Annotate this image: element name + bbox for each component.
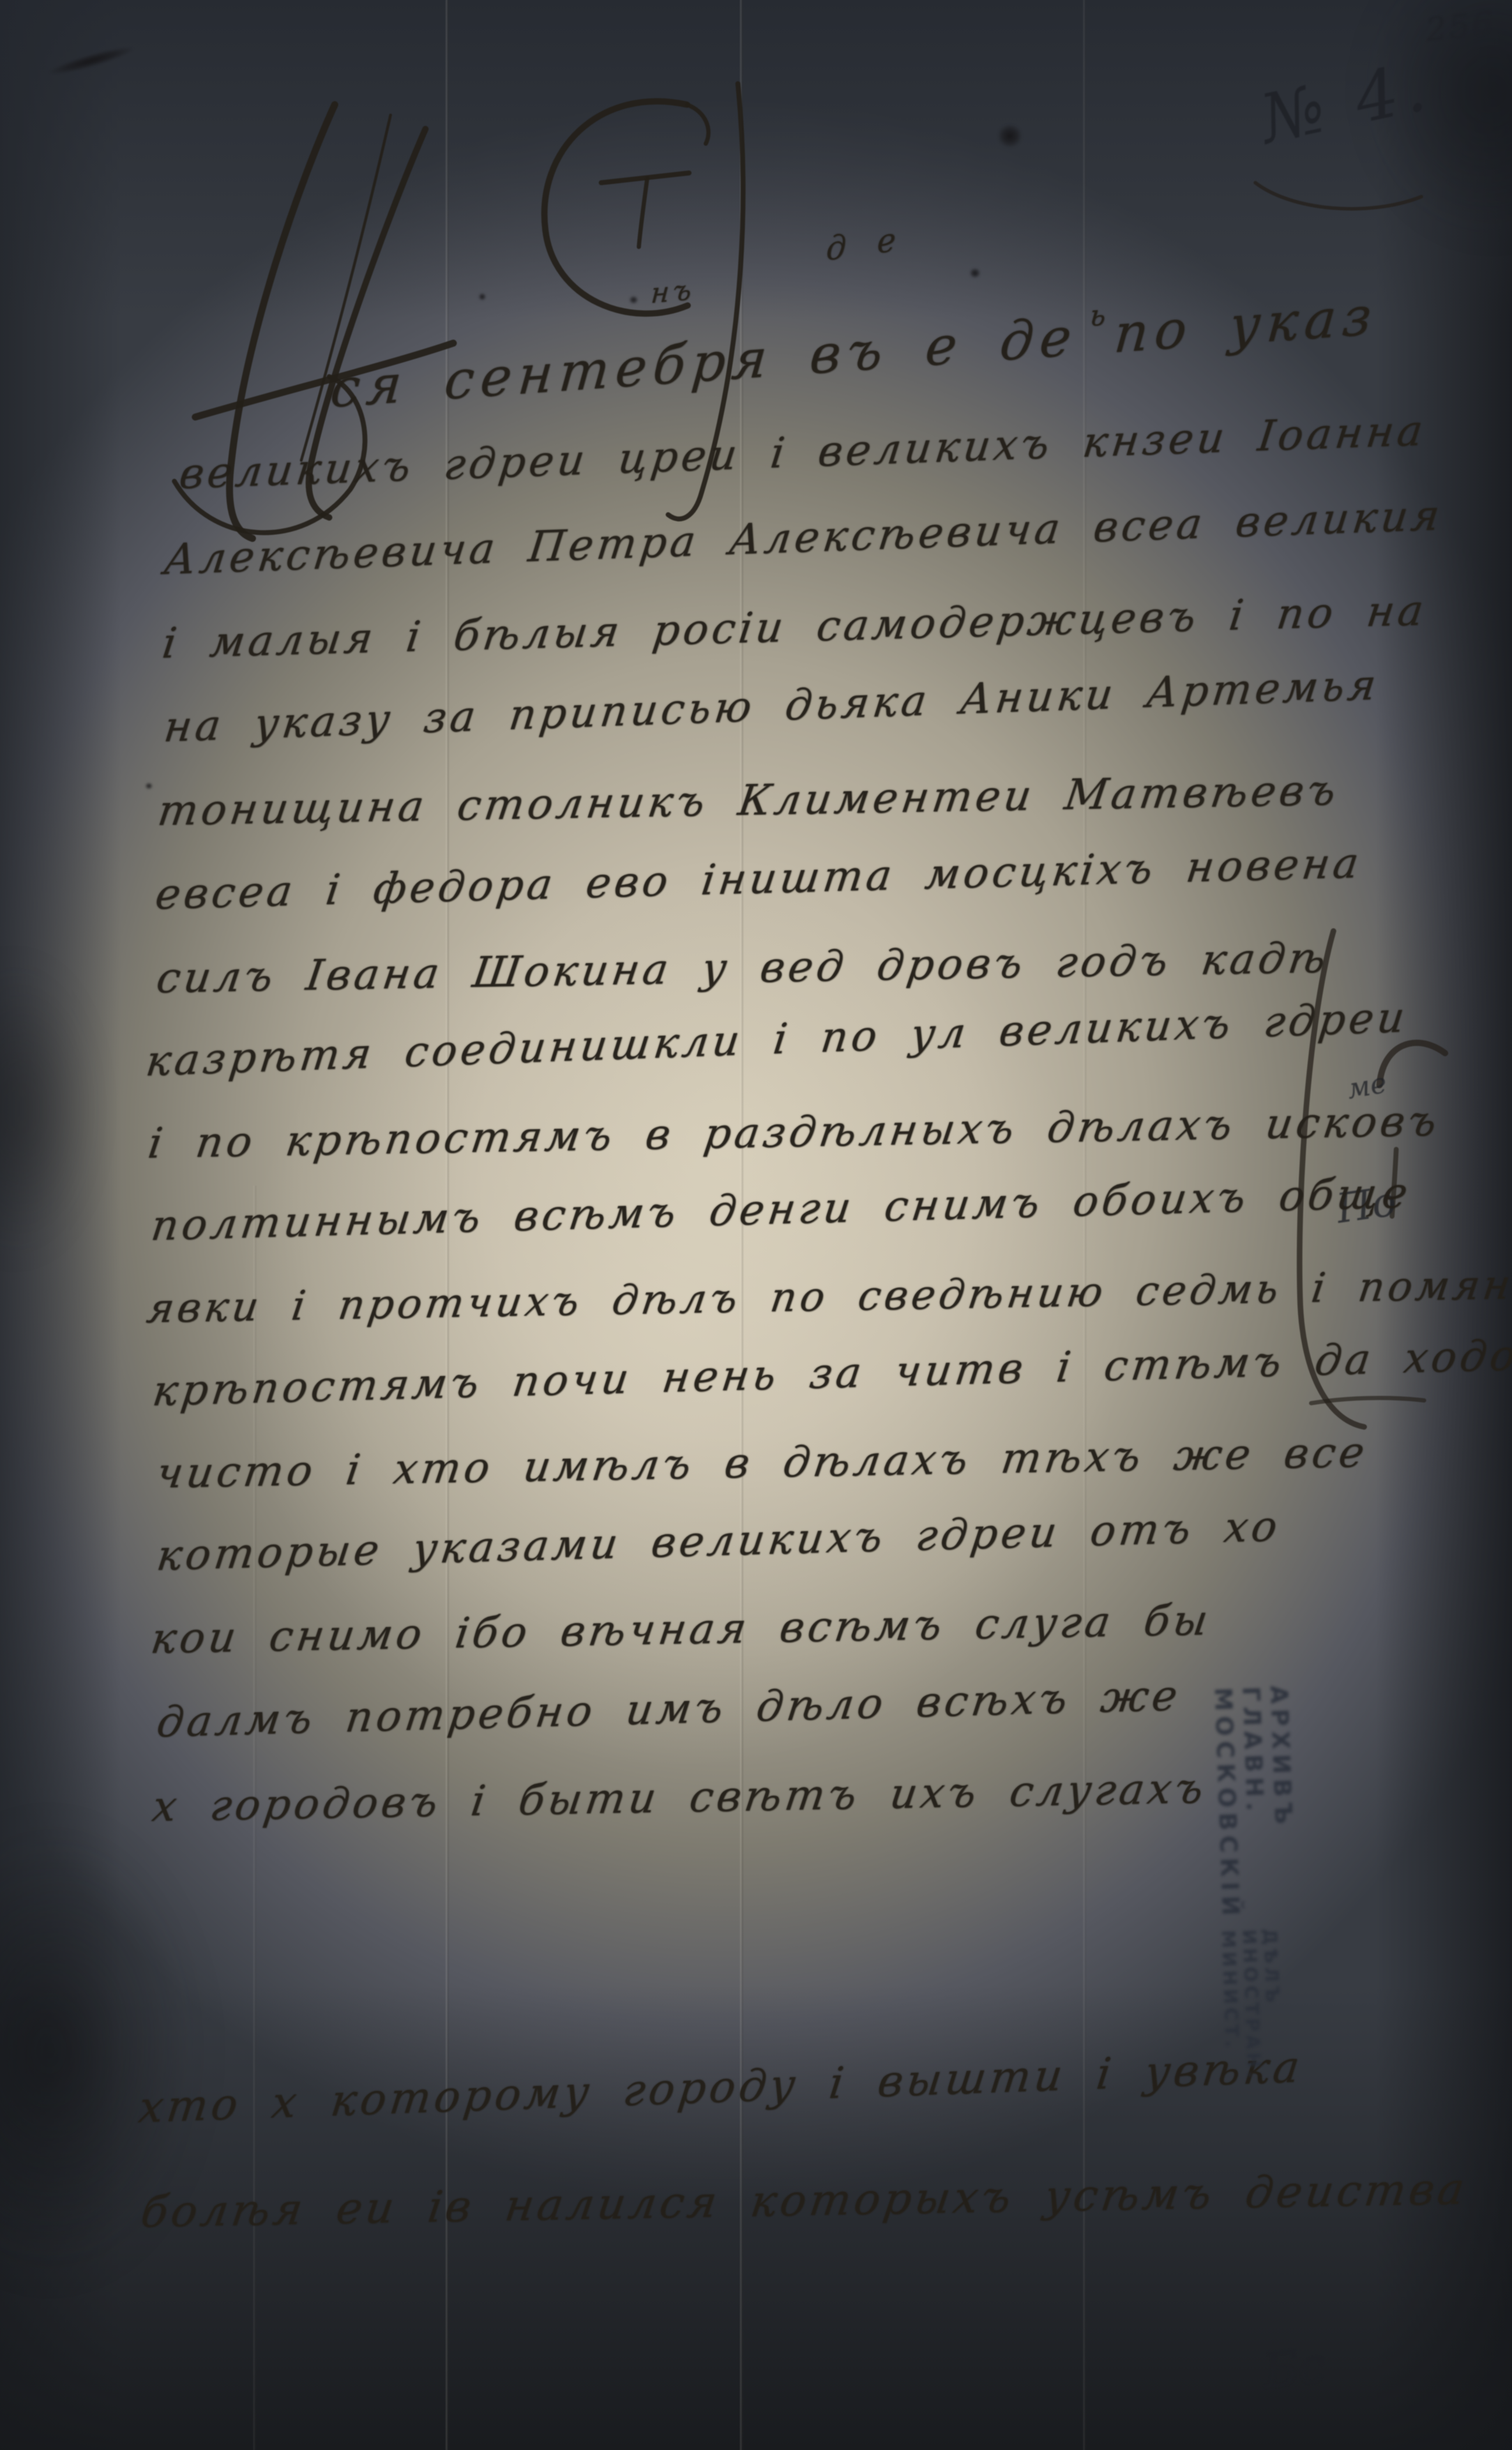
manuscript-line: кои снимо ібо вѣчная всѣмъ слуга бы [148,1596,1214,1663]
number-swash [1255,183,1421,209]
manuscript-line: ь [1089,297,1111,333]
ink-blot [46,42,137,79]
manuscript-photo: 256 № 4. ме По ся сентебря въ е де по ук… [0,0,1512,2450]
ink-blot [629,296,638,304]
archive-stamp-line1: МОСКОВСКІЙ ГЛАВН. АРХИВЪ [1209,1685,1301,1921]
manuscript-line: евсеа і федора ево іништа мосцкіхъ новен… [153,839,1365,920]
margin-underline [1311,1398,1424,1403]
manuscript-line: Алексѣевича Петра Алексѣевича всеа велик… [161,491,1445,584]
manuscript-line: явки і протчихъ дѣлъ по сведѣнию седмь і… [144,1260,1512,1332]
manuscript-line: і малыя і бѣлыя росіи самодержцевъ і по … [160,587,1430,669]
margin-c-curve [1379,1043,1445,1085]
manuscript-line: і по крѣпостямъ в раздѣлныхъ дѣлахъ иско… [145,1097,1443,1168]
manuscript-line: нъ [650,274,696,310]
manuscript-line: ся сентебря въ е де по указ [328,284,1380,420]
manuscript-line: болѣя еи ів налился которыхъ усѣмъ деист… [138,2163,1471,2237]
corner-mark: Бс [1261,2338,1328,2400]
ink-blot [145,782,153,789]
manuscript-line: на указу за приписью дьяка Аники Артемья [161,660,1382,752]
manuscript-line: х городовъ і быти свѣтъ ихъ слугахъ [149,1764,1210,1832]
manuscript-line: хто х которому городу і вышти і увѣка [136,2041,1306,2133]
photo-shadow [0,962,91,1255]
flourish-stroke [639,179,647,247]
ink-blot [478,293,486,301]
manuscript-line: тонищина столникъ Климентеи Матвѣевъ [155,766,1342,835]
manuscript-line: далмъ потребно имъ дѣло всѣхъ же [154,1672,1184,1748]
manuscript-line: которые указами великихъ гдреи отъ хо [154,1502,1284,1580]
manuscript-line: силъ Івана Шокина у вед дровъ годъ кадѣ [153,934,1332,1004]
flourish-stroke [687,105,709,144]
page-number: 256 [1424,4,1497,49]
flourish-stroke [601,173,689,183]
manuscript-line: великихъ гдреи цреи і великихъ кнзеи Іоа… [176,407,1428,499]
manuscript-line: казрѣтя соединишкли і по ул великихъ гдр… [143,993,1410,1087]
manuscript-line: д е [826,220,900,268]
ink-blot [969,268,981,278]
archive-stamp: МОСКОВСКІЙ ГЛАВН. АРХИВЪ МИНИСТ. ИНОСТРА… [1209,1685,1305,2050]
manuscript-line: чисто і хто имѣлъ в дѣлахъ тѣхъ же все [153,1428,1370,1498]
manuscript-line: полтиннымъ всѣмъ денги снимъ обоихъ обще [149,1169,1414,1251]
archive-stamp-line2: МИНИСТ. ИНОСТРАН. ДѢЛЪ [1217,1928,1306,2082]
ink-blot [997,124,1022,148]
manuscript-line: крѣпостямъ почи нень за читв і стѣмъ да … [150,1329,1512,1416]
